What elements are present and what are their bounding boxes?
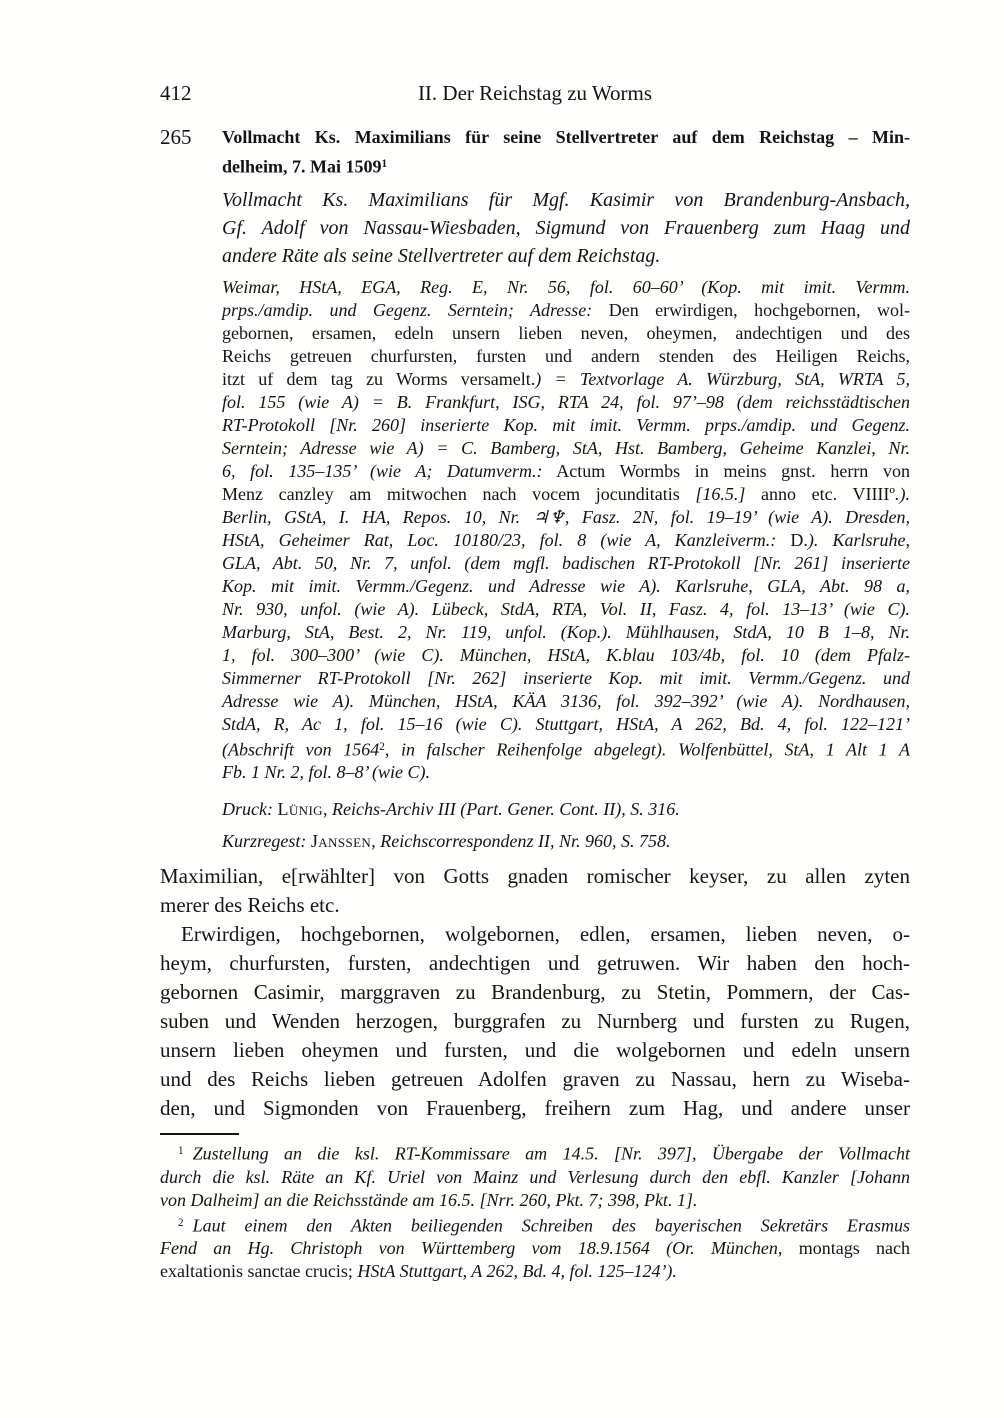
footnote-1: 1 Zustellung an die ksl. RT-Kommissare a… xyxy=(160,1140,910,1212)
text-column: 412 II. Der Reichstag zu Worms 265 Vollm… xyxy=(160,80,910,1283)
book-page: 412 II. Der Reichstag zu Worms 265 Vollm… xyxy=(0,0,1004,1418)
footnote-2: 2 Laut einem den Akten beiliegenden Schr… xyxy=(160,1212,910,1284)
page-header: 412 II. Der Reichstag zu Worms xyxy=(160,80,910,106)
short-regest: Kurzregest: Janssen, Reichscorrespondenz… xyxy=(222,830,910,853)
entry-number: 265 xyxy=(160,124,222,181)
entry-summary: Vollmacht Ks. Maximilians für Mgf. Kasim… xyxy=(222,186,910,270)
running-head: II. Der Reichstag zu Worms xyxy=(160,80,910,106)
entry-heading-row: 265 Vollmacht Ks. Maximilians für seine … xyxy=(160,124,910,181)
document-text: Maximilian, e[rwählter] von Gotts gnaden… xyxy=(160,862,910,1123)
footnote-rule xyxy=(160,1133,239,1135)
page-number: 412 xyxy=(160,80,192,106)
print-reference: Druck: Lünig, Reichs-Archiv III (Part. G… xyxy=(222,798,910,821)
entry-title: Vollmacht Ks. Maximilians für seine Stel… xyxy=(222,124,910,181)
archival-note: Weimar, HStA, EGA, Reg. E, Nr. 56, fol. … xyxy=(222,276,910,785)
